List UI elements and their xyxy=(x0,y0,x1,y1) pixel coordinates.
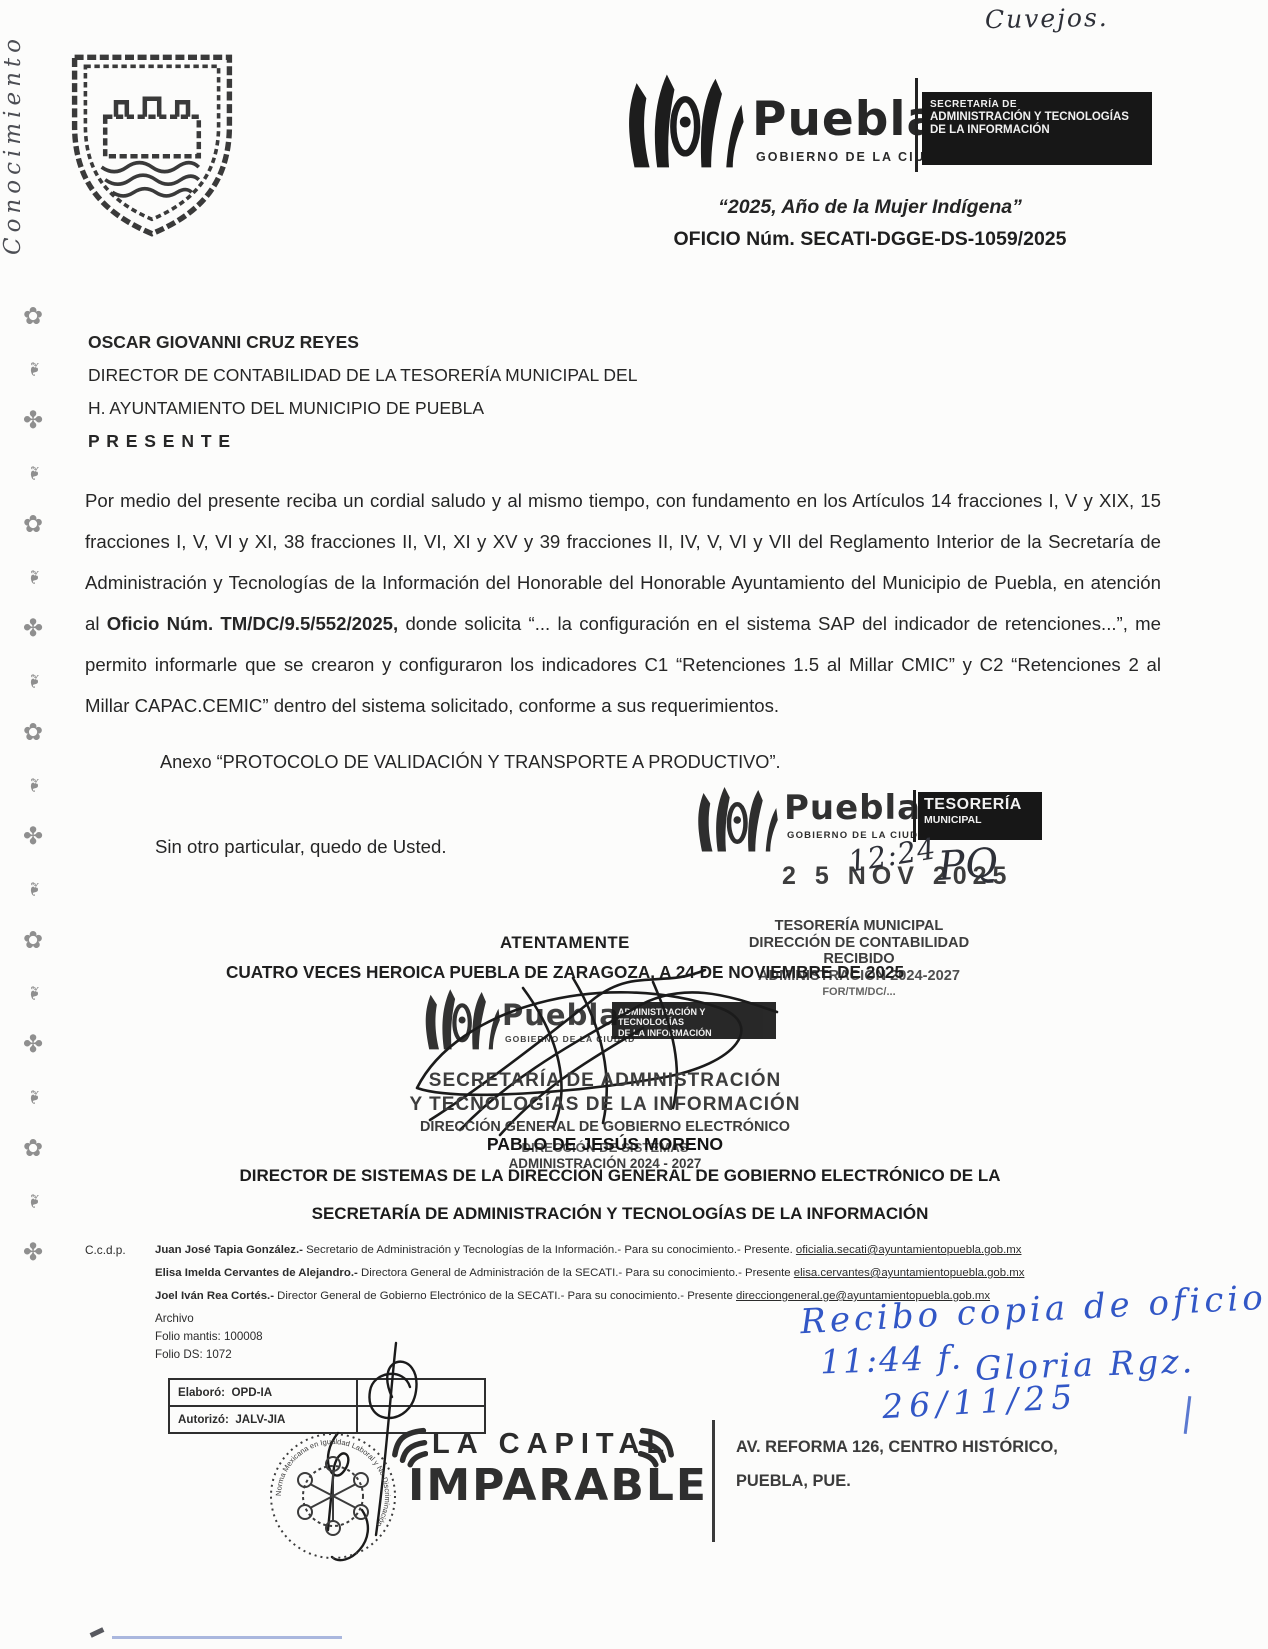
received-initials-handwritten: PQ xyxy=(936,840,999,890)
cc-name: Joel Iván Rea Cortés.- xyxy=(155,1290,274,1302)
tesoreria-stamp-box: TESORERÍA MUNICIPAL xyxy=(918,792,1042,840)
blue-note-line3-date: 26/11/25 xyxy=(881,1377,1079,1426)
scanned-letter-page: Conocimiento ✿ ❧ ✤ ❧ ✿ ❧ ✤ ❧ ✿ ❧ ✤ ❧ ✿ ❧… xyxy=(0,0,1268,1649)
tesoreria-box-line2: MUNICIPAL xyxy=(924,814,1036,826)
referenced-oficio: Oficio Núm. TM/DC/9.5/552/2025, xyxy=(107,613,398,634)
anexo-line: Anexo “PROTOCOLO DE VALIDACIÓN Y TRANSPO… xyxy=(160,752,781,773)
tesoreria-stamp-wordmark: Puebla xyxy=(784,788,921,828)
dept-box-line1: SECRETARÍA DE xyxy=(930,99,1144,111)
recipient-org: H. AYUNTAMIENTO DEL MUNICIPIO DE PUEBLA xyxy=(88,392,637,425)
recipient-block: OSCAR GIOVANNI CRUZ REYES DIRECTOR DE CO… xyxy=(88,326,637,458)
left-border-ornament: ✿ ❧ ✤ ❧ ✿ ❧ ✤ ❧ ✿ ❧ ✤ ❧ ✿ ❧ ✤ ❧ ✿ ❧ ✤ xyxy=(10,305,56,1265)
cc-email: oficialia.secati@ayuntamientopuebla.gob.… xyxy=(796,1244,1022,1256)
ornament-icon: ❧ xyxy=(23,777,43,794)
cc-name: Juan José Tapia González.- xyxy=(155,1244,303,1256)
ornament-icon: ✿ xyxy=(23,721,43,745)
header-brand-wordmark: Puebla xyxy=(752,92,939,147)
ornament-icon: ❧ xyxy=(23,1193,43,1210)
dept-box-line3: DE LA INFORMACIÓN xyxy=(930,124,1144,137)
blue-note-line2-time: 11:44 f. xyxy=(819,1338,963,1382)
secati-stamp-line2: Y TECNOLOGÍAS DE LA INFORMACIÓN xyxy=(370,1094,840,1116)
signer-title-line2: SECRETARÍA DE ADMINISTRACIÓN Y TECNOLOGÍ… xyxy=(140,1204,1100,1224)
elaboro-label: Elaboró: xyxy=(178,1386,225,1399)
cc-role: Director General de Gobierno Electrónico… xyxy=(274,1290,736,1302)
signature-icon xyxy=(395,960,795,1145)
body-paragraph: Por medio del presente reciba un cordial… xyxy=(85,480,1161,726)
corner-pen-note: Cuvejos. xyxy=(985,3,1109,34)
secati-stamp-line1: SECRETARÍA DE ADMINISTRACIÓN xyxy=(370,1070,840,1092)
footer-address-line1: AV. REFORMA 126, CENTRO HISTÓRICO, xyxy=(736,1438,1058,1457)
ornament-icon: ✿ xyxy=(23,1137,43,1161)
header-divider xyxy=(915,78,918,172)
cc-email: elisa.cervantes@ayuntamientopuebla.gob.m… xyxy=(794,1267,1025,1279)
puebla-logo-icon xyxy=(690,782,780,858)
ornament-icon: ✤ xyxy=(23,825,43,849)
closing-line: Sin otro particular, quedo de Usted. xyxy=(155,836,446,858)
cc-label: C.c.d.p. xyxy=(85,1243,126,1257)
footer-divider xyxy=(712,1420,715,1542)
recipient-presente: P R E S E N T E xyxy=(88,425,637,458)
tesoreria-box-line1: TESORERÍA xyxy=(924,796,1036,814)
signer-title-line1: DIRECTOR DE SISTEMAS DE LA DIRECCIÓN GEN… xyxy=(140,1166,1100,1186)
blue-note-line1: Recibo copia de oficio xyxy=(799,1278,1267,1342)
ornament-icon: ✤ xyxy=(23,617,43,641)
ornament-icon: ✿ xyxy=(23,305,43,329)
footer-slogan-line1: LA CAPITAL xyxy=(432,1428,671,1461)
autorizo-label: Autorizó: xyxy=(178,1413,229,1426)
ornament-icon: ❧ xyxy=(23,985,43,1002)
ornament-icon: ❧ xyxy=(23,673,43,690)
left-margin-handwriting: Conocimiento xyxy=(0,34,26,255)
recipient-name: OSCAR GIOVANNI CRUZ REYES xyxy=(88,326,637,359)
dept-box-line2: ADMINISTRACIÓN Y TECNOLOGÍAS xyxy=(930,111,1144,124)
recipient-title: DIRECTOR DE CONTABILIDAD DE LA TESORERÍA… xyxy=(88,359,637,392)
certification-badge-icon: Norma Mexicana en Igualdad Laboral y No … xyxy=(258,1406,408,1649)
header-dept-box: SECRETARÍA DE ADMINISTRACIÓN Y TECNOLOGÍ… xyxy=(922,92,1152,165)
cc-role: Directora General de Administración de l… xyxy=(358,1267,794,1279)
puebla-logo-icon xyxy=(616,68,748,176)
received-stamp-line2: DIRECCIÓN DE CONTABILIDAD xyxy=(728,935,990,952)
cc-role: Secretario de Administración y Tecnologí… xyxy=(303,1244,796,1256)
ornament-icon: ❧ xyxy=(23,361,43,378)
scan-mark xyxy=(112,1636,342,1639)
footer-address-line2: PUEBLA, PUE. xyxy=(736,1472,851,1491)
ornament-icon: ✤ xyxy=(23,1241,43,1265)
cc-archive: Archivo xyxy=(155,1312,194,1325)
folio-mantis: Folio mantis: 100008 xyxy=(155,1330,263,1343)
ornament-icon: ❧ xyxy=(23,465,43,482)
ornament-icon: ✿ xyxy=(23,929,43,953)
secati-stamp-line3: DIRECCIÓN GENERAL DE GOBIERNO ELECTRÓNIC… xyxy=(370,1119,840,1135)
signer-name: PABLO DE JESÚS MORENO xyxy=(370,1134,840,1155)
year-quote: “2025, Año de la Mujer Indígena” xyxy=(620,196,1120,219)
scan-mark xyxy=(90,1627,105,1637)
coat-of-arms-icon xyxy=(62,48,242,243)
ornament-icon: ❧ xyxy=(23,1089,43,1106)
footer-slogan-line2: IMPARABLE xyxy=(408,1460,708,1511)
cc-item-2: Elisa Imelda Cervantes de Alejandro.- Di… xyxy=(155,1266,1165,1280)
oficio-number: OFICIO Núm. SECATI-DGGE-DS-1059/2025 xyxy=(600,228,1140,251)
ornament-icon: ✤ xyxy=(23,1033,43,1057)
ornament-icon: ✤ xyxy=(23,409,43,433)
ornament-icon: ❧ xyxy=(23,881,43,898)
folio-ds: Folio DS: 1072 xyxy=(155,1348,232,1361)
scan-mark xyxy=(1184,1396,1192,1434)
received-stamp-line1: TESORERÍA MUNICIPAL xyxy=(728,918,990,935)
ornament-icon: ❧ xyxy=(23,569,43,586)
cc-name: Elisa Imelda Cervantes de Alejandro.- xyxy=(155,1267,358,1279)
elaboro-value: OPD-IA xyxy=(231,1386,272,1399)
ornament-icon: ✿ xyxy=(23,513,43,537)
cc-item-1: Juan José Tapia González.- Secretario de… xyxy=(155,1243,1165,1257)
salutation: ATENTAMENTE xyxy=(500,933,630,953)
